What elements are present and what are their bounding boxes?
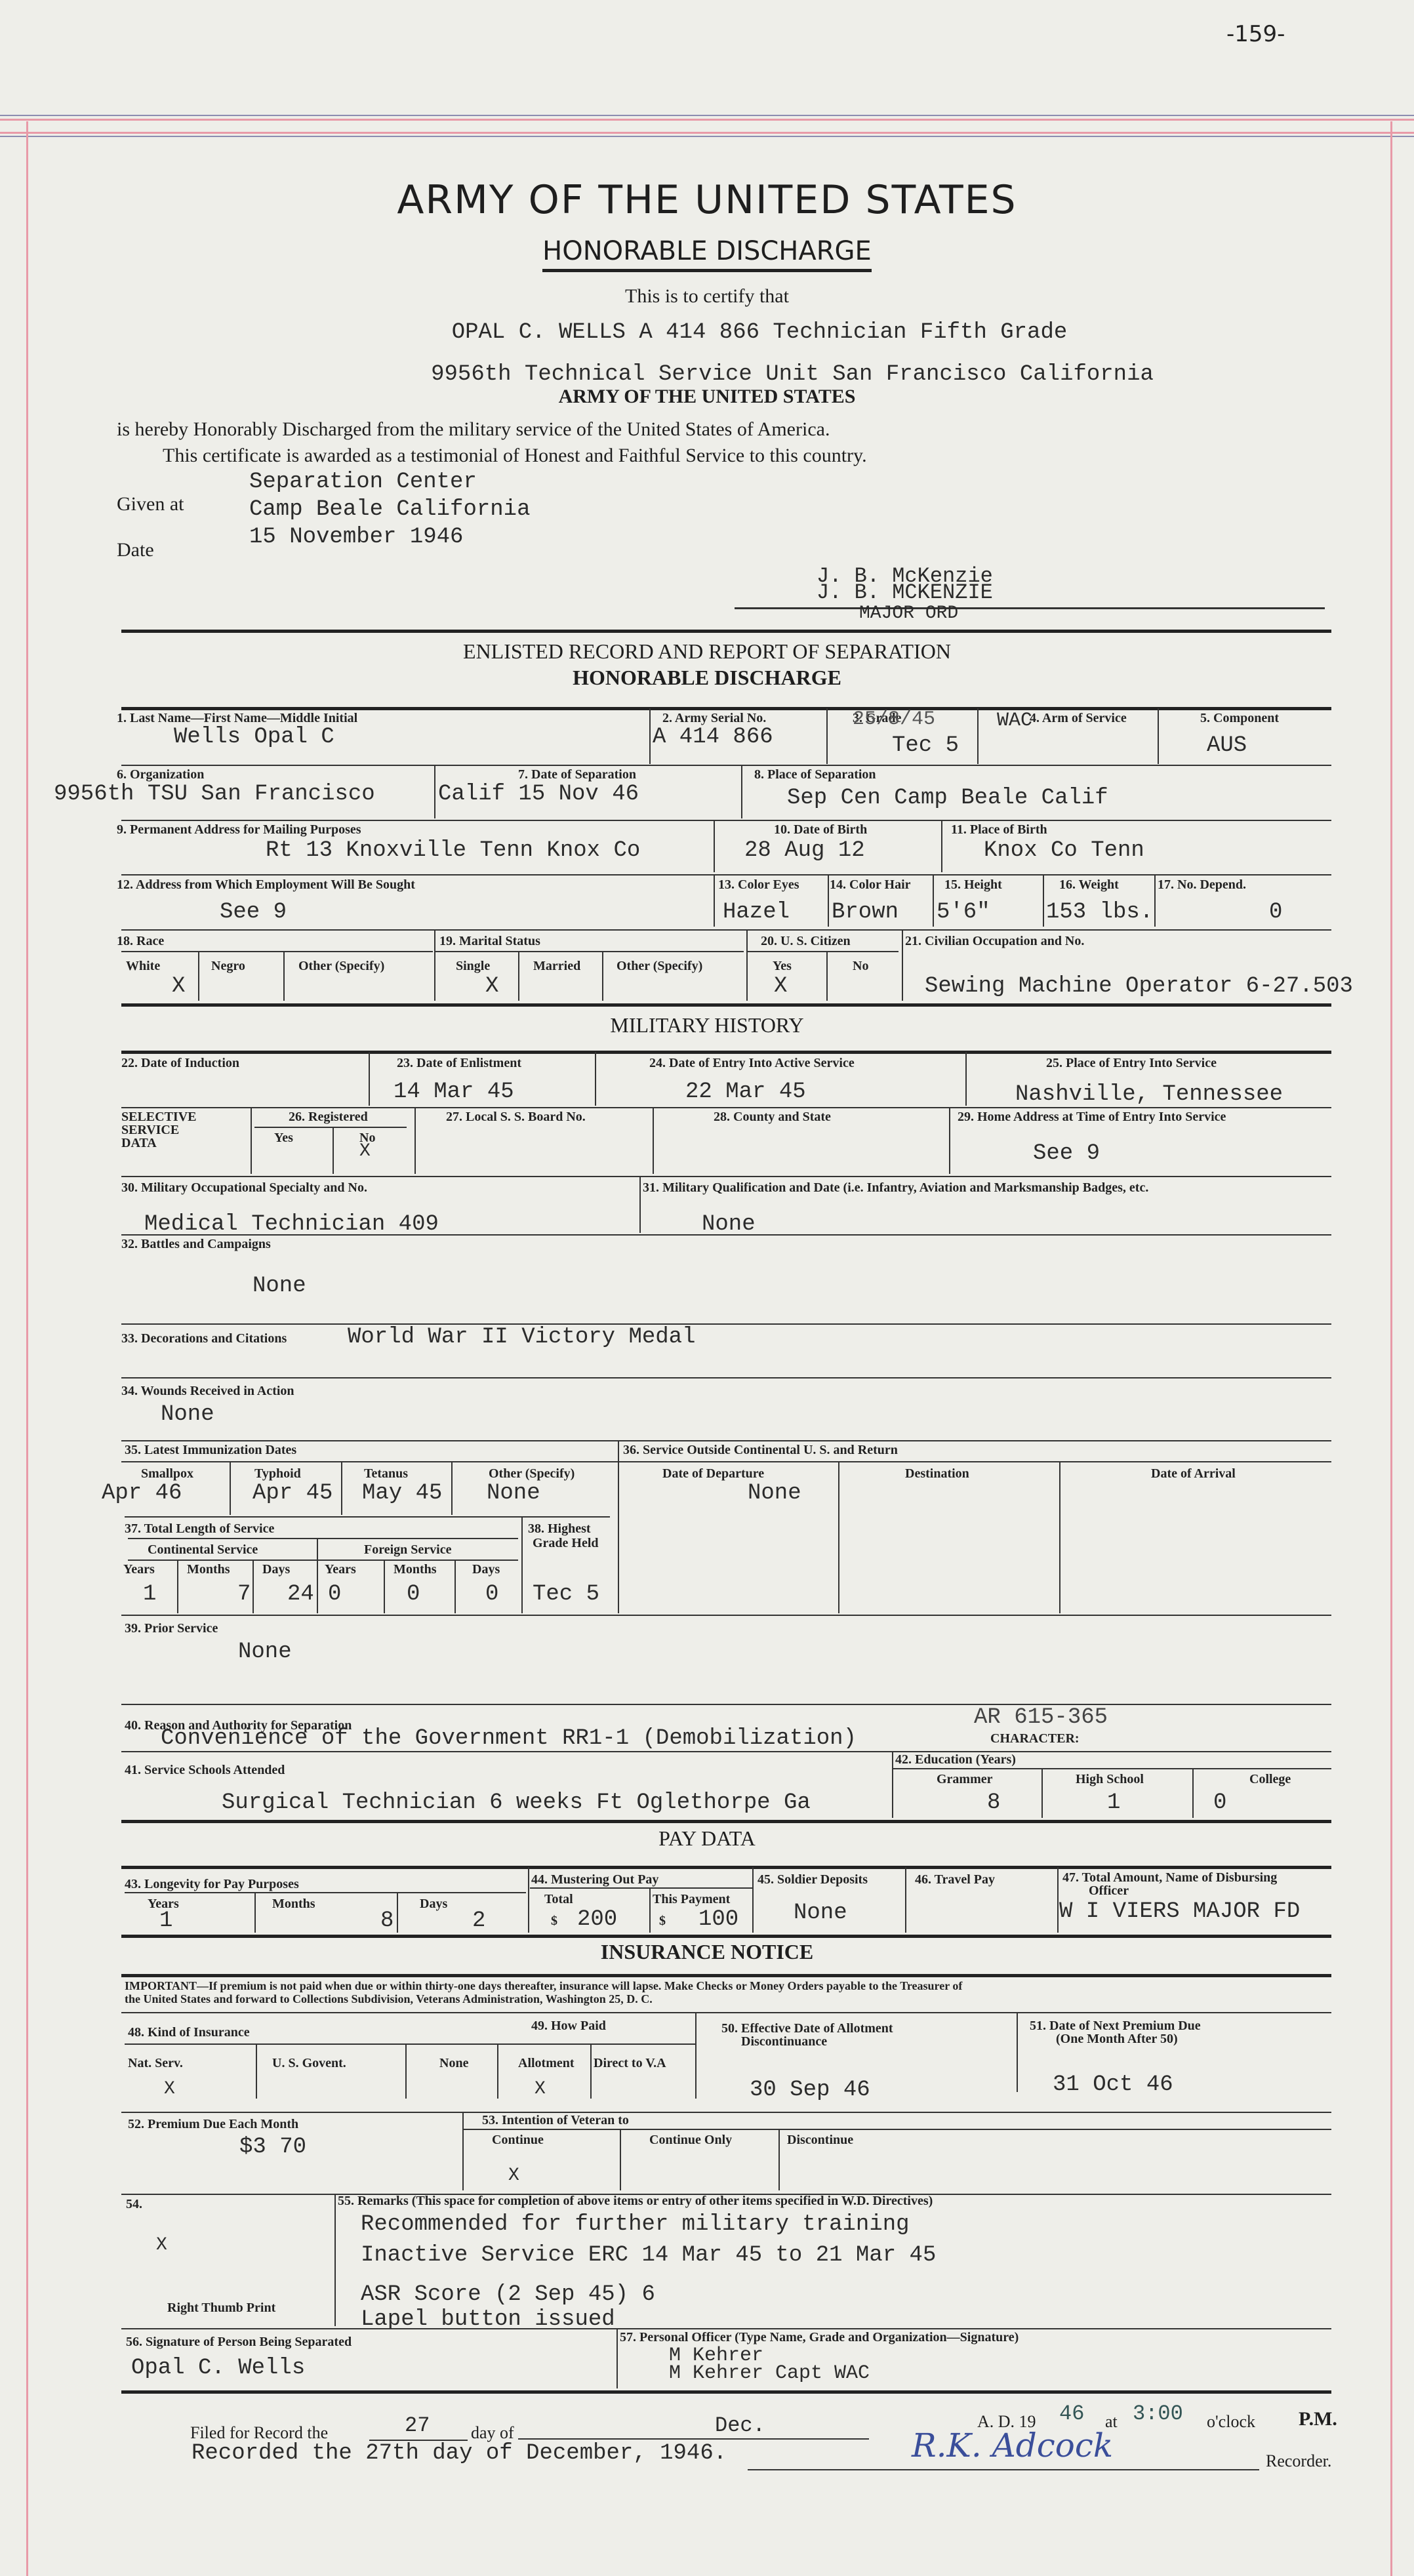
- field-56-signature: Opal C. Wells: [131, 2356, 305, 2381]
- continental-years-label: Years: [123, 1562, 155, 1577]
- divider: [121, 1234, 1331, 1236]
- field-1-name: Wells Opal C: [174, 725, 334, 750]
- ledger-rule: [0, 119, 1414, 121]
- cell-border: [649, 1889, 651, 1933]
- record-subtitle: HONORABLE DISCHARGE: [0, 666, 1414, 690]
- unit-line: 9956th Technical Service Unit San Franci…: [0, 362, 1414, 387]
- divider: [121, 1935, 1331, 1938]
- field-55-label: 55. Remarks (This space for completion o…: [338, 2194, 933, 2209]
- longevity-days-label: Days: [420, 1897, 447, 1912]
- continental-days-value: 24: [287, 1582, 314, 1607]
- oclock-label: o'clock: [1207, 2412, 1255, 2432]
- cell-border: [941, 821, 942, 872]
- given-at-line1: Separation Center: [249, 470, 477, 494]
- field-53-label: 53. Intention of Veteran to: [482, 2113, 629, 2128]
- cell-border: [639, 1177, 641, 1233]
- field-41-schools: Surgical Technician 6 weeks Ft Oglethorp…: [222, 1790, 811, 1815]
- cell-border: [283, 952, 285, 1001]
- field-11-pob: Knox Co Tenn: [984, 838, 1144, 863]
- cell-border: [518, 952, 519, 1001]
- cell-border: [414, 1108, 416, 1174]
- recorder-label: Recorder.: [1266, 2451, 1331, 2471]
- immunization-other-label: Other (Specify): [489, 1466, 575, 1481]
- immunization-smallpox-date: Apr 46: [102, 1481, 182, 1506]
- foreign-months-label: Months: [394, 1562, 437, 1577]
- field-57-label: 57. Personal Officer (Type Name, Grade a…: [620, 2330, 1019, 2345]
- cell-border: [317, 1539, 318, 1613]
- field-18-label: 18. Race: [117, 934, 164, 949]
- field-13-eyes: Hazel: [723, 900, 790, 925]
- field-14-label: 14. Color Hair: [830, 877, 911, 893]
- field-8-place: Sep Cen Camp Beale Calif: [787, 786, 1108, 811]
- foreign-days-label: Days: [472, 1562, 500, 1577]
- thumb-print-label: Right Thumb Print: [167, 2301, 275, 2316]
- field-10-dob: 28 Aug 12: [744, 838, 865, 863]
- departure-date-label: Date of Departure: [662, 1466, 764, 1481]
- field-35-label: 35. Latest Immunization Dates: [125, 1443, 296, 1458]
- field-46-label: 46. Travel Pay: [915, 1872, 995, 1887]
- cell-border: [892, 1752, 893, 1818]
- field-9-address: Rt 13 Knoxville Tenn Knox Co: [266, 838, 640, 863]
- field-2-serial: A 414 866: [653, 725, 773, 750]
- field-7-label: 7. Date of Separation: [518, 767, 636, 782]
- cell-border: [826, 952, 828, 1001]
- field-34-wounds: None: [161, 1402, 214, 1427]
- field-57-officer: M Kehrer Capt WAC: [669, 2362, 870, 2385]
- cell-border: [902, 931, 903, 1001]
- divider: [121, 929, 1331, 931]
- divider: [464, 2129, 1331, 2130]
- cell-border: [616, 2329, 618, 2388]
- field-43-label: 43. Longevity for Pay Purposes: [125, 1877, 299, 1892]
- foreign-days-value: 0: [485, 1582, 498, 1607]
- field-48-label: 48. Kind of Insurance: [128, 2025, 250, 2040]
- cell-border: [714, 875, 715, 927]
- field-44-label: 44. Mustering Out Pay: [531, 1872, 658, 1887]
- field-42-label: 42. Education (Years): [895, 1752, 1016, 1767]
- mustering-payment-label: This Payment: [653, 1892, 730, 1907]
- field-6-label: 6. Organization: [117, 767, 204, 782]
- cell-border: [949, 1108, 950, 1174]
- foreign-years-label: Years: [325, 1562, 356, 1577]
- divider: [121, 874, 1331, 875]
- certify-intro: This is to certify that: [0, 285, 1414, 308]
- cell-border: [1154, 875, 1156, 927]
- field-51-label: (One Month After 50): [1056, 2032, 1178, 2047]
- paid-allotment-checkbox[interactable]: X: [535, 2079, 546, 2099]
- selective-service-label: DATA: [121, 1136, 157, 1151]
- education-grammer-label: Grammer: [937, 1772, 993, 1787]
- field-32-label: 32. Battles and Campaigns: [121, 1237, 271, 1252]
- insurance-natserv-label: Nat. Serv.: [128, 2056, 183, 2071]
- citizen-yes-checkbox[interactable]: X: [774, 974, 787, 999]
- cell-border: [230, 1462, 231, 1515]
- character-label: CHARACTER:: [990, 1731, 1080, 1746]
- marital-married-label: Married: [533, 959, 580, 974]
- immunization-other-value: None: [487, 1481, 540, 1506]
- field-3-date-note: 25/8/45: [853, 708, 935, 731]
- field-23-enlistment: 14 Mar 45: [394, 1079, 514, 1104]
- divider: [125, 1892, 526, 1893]
- cell-border: [251, 1108, 252, 1174]
- cell-border: [905, 1867, 906, 1933]
- recorder-signature: R.K. Adcock: [912, 2426, 1113, 2465]
- divider: [435, 951, 744, 952]
- pay-data-title: PAY DATA: [0, 1826, 1414, 1851]
- divider: [125, 2043, 695, 2045]
- field-10-label: 10. Date of Birth: [774, 822, 867, 837]
- cell-border: [977, 708, 979, 764]
- discharge-text: is hereby Honorably Discharged from the …: [117, 418, 830, 441]
- cell-border: [653, 1108, 654, 1174]
- field-12-label: 12. Address from Which Employment Will B…: [117, 877, 415, 893]
- field-34-label: 34. Wounds Received in Action: [121, 1384, 294, 1399]
- field-9-label: 9. Permanent Address for Mailing Purpose…: [117, 822, 361, 837]
- field-7-date: Calif 15 Nov 46: [438, 782, 639, 807]
- cell-border: [334, 2195, 336, 2326]
- continental-service-label: Continental Service: [148, 1542, 258, 1558]
- race-other-label: Other (Specify): [298, 959, 384, 974]
- field-51-date: 31 Oct 46: [1053, 2072, 1173, 2097]
- cell-border: [778, 2130, 780, 2190]
- filed-year: 46: [1059, 2402, 1084, 2426]
- divider: [128, 1560, 518, 1561]
- page-number: -159-: [1226, 21, 1285, 47]
- field-33-label: 33. Decorations and Citations: [121, 1331, 287, 1346]
- field-8-label: 8. Place of Separation: [754, 767, 876, 782]
- cell-border: [620, 2130, 621, 2190]
- cell-border: [1041, 1769, 1043, 1818]
- divider: [121, 820, 1331, 821]
- mustering-total-value: 200: [577, 1907, 617, 1932]
- citizen-no-label: No: [853, 959, 868, 974]
- cell-border: [256, 2045, 257, 2099]
- commander-title: MAJOR ORD: [859, 603, 958, 624]
- cell-border: [451, 1462, 453, 1515]
- recorded-text: Recorded the 27th day of December, 1946.: [192, 2441, 727, 2466]
- race-white-checkbox[interactable]: X: [172, 974, 185, 999]
- date-label: Date: [117, 539, 154, 561]
- field-24-active-service: 22 Mar 45: [685, 1079, 806, 1104]
- cell-border: [528, 1867, 529, 1933]
- field-17-label: 17. No. Depend.: [1158, 877, 1246, 893]
- divider: [121, 1704, 1331, 1705]
- field-4-label: 4. Arm of Service: [1030, 711, 1127, 726]
- cell-border: [1059, 1462, 1060, 1613]
- field-21-label: 21. Civilian Occupation and No.: [905, 934, 1084, 949]
- intention-continue-label: Continue: [492, 2133, 544, 2148]
- field-45-label: 45. Soldier Deposits: [758, 1872, 868, 1887]
- cell-border: [397, 1893, 398, 1933]
- divider: [121, 1866, 1331, 1869]
- field-5-component: AUS: [1207, 733, 1247, 758]
- divider: [121, 2112, 1331, 2113]
- field-12-address: See 9: [220, 900, 287, 925]
- cell-border: [590, 2045, 592, 2099]
- filed-time: 3:00: [1133, 2402, 1183, 2426]
- field-31-label: 31. Military Qualification and Date (i.e…: [643, 1180, 1148, 1196]
- record-title: ENLISTED RECORD AND REPORT OF SEPARATION: [0, 639, 1414, 664]
- cell-border: [618, 1441, 619, 1613]
- marital-single-label: Single: [456, 959, 490, 974]
- field-40-reason: Convenience of the Government RR1-1 (Dem…: [161, 1726, 857, 1751]
- cell-border: [254, 1893, 256, 1933]
- cell-border: [1043, 875, 1044, 927]
- education-college-value: 0: [1213, 1790, 1226, 1815]
- given-at-line2: Camp Beale California: [249, 497, 530, 522]
- remark-line: ASR Score (2 Sep 45) 6: [361, 2282, 655, 2307]
- filed-ampm: P.M.: [1299, 2408, 1337, 2430]
- field-29-label: 29. Home Address at Time of Entry Into S…: [958, 1110, 1226, 1125]
- field-50-label: Discontinuance: [741, 2034, 827, 2049]
- insurance-none-label: None: [439, 2056, 468, 2071]
- marital-single-checkbox[interactable]: X: [485, 974, 498, 999]
- divider: [121, 707, 1331, 710]
- field-30-mos: Medical Technician 409: [144, 1212, 439, 1237]
- divider: [121, 1974, 1331, 1977]
- cell-border: [1192, 1769, 1194, 1818]
- divider: [121, 1461, 1331, 1462]
- divider: [121, 1377, 1331, 1379]
- testimonial-text: This certificate is awarded as a testimo…: [163, 445, 867, 467]
- divider: [128, 1538, 518, 1539]
- divider: [121, 1107, 1331, 1108]
- divider: [121, 1003, 1331, 1007]
- race-white-label: White: [126, 959, 160, 974]
- divider: [121, 630, 1331, 633]
- field-28-label: 28. County and State: [714, 1110, 831, 1125]
- field-13-label: 13. Color Eyes: [718, 877, 799, 893]
- field-27-label: 27. Local S. S. Board No.: [446, 1110, 586, 1125]
- divider: [121, 2328, 1331, 2329]
- field-26-label: 26. Registered: [289, 1110, 368, 1125]
- field-29-home-address: See 9: [1033, 1141, 1100, 1166]
- field-22-label: 22. Date of Induction: [121, 1056, 239, 1071]
- intention-continue-checkbox[interactable]: X: [508, 2165, 519, 2186]
- cell-border: [695, 2013, 697, 2099]
- divider: [121, 1820, 1331, 1823]
- field-37-label: 37. Total Length of Service: [125, 1521, 274, 1537]
- army-line: ARMY OF THE UNITED STATES: [0, 386, 1414, 408]
- given-at-label: Given at: [117, 493, 184, 515]
- divider: [121, 1615, 1331, 1616]
- cell-border: [838, 1462, 839, 1613]
- registered-no-checkbox[interactable]: X: [359, 1141, 371, 1161]
- field-16-weight: 153 lbs.: [1046, 900, 1153, 925]
- field-33-decorations: World War II Victory Medal: [348, 1325, 696, 1350]
- cell-border: [497, 2045, 498, 2099]
- divider: [121, 1051, 1331, 1054]
- paid-direct-label: Direct to V.A: [594, 2056, 666, 2071]
- education-college-label: College: [1249, 1772, 1291, 1787]
- cell-border: [1158, 708, 1159, 764]
- mustering-payment-value: 100: [698, 1907, 738, 1932]
- field-39-prior-service: None: [238, 1640, 292, 1664]
- field-16-label: 16. Weight: [1059, 877, 1119, 893]
- field-3-grade: Tec 5: [892, 733, 959, 758]
- certificate-title: ARMY OF THE UNITED STATES: [0, 177, 1414, 223]
- field-38-grade: Tec 5: [533, 1582, 599, 1607]
- field-19-label: 19. Marital Status: [439, 934, 540, 949]
- continental-months-value: 7: [237, 1582, 251, 1607]
- immunization-typhoid-label: Typhoid: [254, 1466, 301, 1481]
- continental-days-label: Days: [262, 1562, 290, 1577]
- field-47-officer: W I VIERS MAJOR FD: [1059, 1899, 1300, 1924]
- departure-date-value: None: [748, 1481, 801, 1506]
- filed-day: 27: [405, 2413, 430, 2438]
- currency-symbol: $: [659, 1914, 666, 1929]
- field-15-height: 5'6": [937, 900, 990, 925]
- field-45-deposits: None: [794, 1901, 847, 1925]
- field-14-hair: Brown: [832, 900, 899, 925]
- registered-yes-label: Yes: [274, 1131, 293, 1146]
- important-notice: IMPORTANT—If premium is not paid when du…: [125, 1979, 962, 1993]
- day-of-label: day of: [471, 2423, 514, 2443]
- foreign-months-value: 0: [407, 1582, 420, 1607]
- immunization-tetanus-label: Tetanus: [364, 1466, 408, 1481]
- field-6-org: 9956th TSU San Francisco: [54, 782, 375, 807]
- longevity-years-value: 1: [159, 1908, 172, 1933]
- field-4-arm: WAC: [997, 710, 1032, 732]
- race-negro-label: Negro: [211, 959, 245, 974]
- field-36-label: 36. Service Outside Continental U. S. an…: [623, 1443, 898, 1458]
- cell-border: [933, 875, 934, 927]
- foreign-service-label: Foreign Service: [364, 1542, 451, 1558]
- remark-line: Recommended for further military trainin…: [361, 2212, 910, 2237]
- signature-line: [748, 2469, 1259, 2470]
- field-40-authority: AR 615-365: [974, 1705, 1108, 1730]
- filed-label: Filed for Record the: [190, 2423, 328, 2443]
- marital-other-label: Other (Specify): [616, 959, 702, 974]
- date-value: 15 November 1946: [249, 525, 463, 550]
- field-11-label: 11. Place of Birth: [951, 822, 1047, 837]
- field-50-date: 30 Sep 46: [750, 2078, 870, 2103]
- destination-label: Destination: [905, 1466, 969, 1481]
- insurance-title: INSURANCE NOTICE: [0, 1940, 1414, 1964]
- education-highschool-value: 1: [1107, 1790, 1120, 1815]
- arrival-date-label: Date of Arrival: [1151, 1466, 1236, 1481]
- cell-border: [1017, 2013, 1018, 2092]
- cell-border: [333, 1128, 334, 1174]
- cell-border: [649, 708, 651, 764]
- cell-border: [746, 931, 748, 1001]
- cell-border: [455, 1561, 456, 1613]
- cell-border: [177, 1561, 178, 1613]
- field-20-label: 20. U. S. Citizen: [761, 934, 851, 949]
- field-23-label: 23. Date of Enlistment: [397, 1056, 521, 1071]
- cell-border: [434, 766, 435, 818]
- cell-border: [602, 952, 603, 1001]
- field-56-label: 56. Signature of Person Being Separated: [126, 2335, 352, 2350]
- divider: [121, 2012, 1331, 2013]
- intention-continue-only-label: Continue Only: [649, 2133, 732, 2148]
- intention-discontinue-label: Discontinue: [787, 2133, 853, 2148]
- divider: [893, 1768, 1331, 1769]
- cell-border: [521, 1518, 523, 1613]
- currency-symbol: $: [551, 1914, 557, 1929]
- cell-border: [1057, 1867, 1059, 1933]
- cell-border: [341, 1462, 342, 1515]
- divider: [530, 1887, 753, 1889]
- margin-rule: [1390, 121, 1392, 2576]
- insurance-natserv-checkbox[interactable]: X: [164, 2079, 175, 2099]
- divider: [121, 1440, 1331, 1441]
- divider: [121, 2390, 1331, 2394]
- cell-border: [198, 952, 199, 1001]
- cell-border: [434, 931, 435, 1001]
- field-2-label: 2. Army Serial No.: [662, 711, 766, 726]
- field-47-label: Officer: [1089, 1883, 1129, 1899]
- divider: [254, 1127, 407, 1128]
- citizen-yes-label: Yes: [773, 959, 792, 974]
- cell-border: [826, 708, 828, 764]
- insurance-usgovt-label: U. S. Govent.: [272, 2056, 346, 2071]
- divider: [121, 1323, 1331, 1325]
- divider: [121, 1751, 1331, 1752]
- longevity-months-value: 8: [380, 1908, 394, 1933]
- soldier-name-line: OPAL C. WELLS A 414 866 Technician Fifth…: [0, 320, 1414, 345]
- divider: [121, 765, 1331, 766]
- ledger-rule: [0, 136, 1414, 137]
- filed-month: Dec.: [715, 2413, 765, 2438]
- cell-border: [714, 821, 715, 872]
- cell-border: [828, 875, 829, 927]
- field-32-battles: None: [253, 1274, 306, 1298]
- cell-border: [462, 2113, 464, 2190]
- field-31-qualification: None: [702, 1212, 756, 1237]
- field-17-dependents: 0: [1269, 900, 1282, 925]
- field-25-place-entry: Nashville, Tennessee: [1015, 1082, 1283, 1107]
- education-highschool-label: High School: [1076, 1772, 1144, 1787]
- ledger-rule: [0, 132, 1414, 134]
- longevity-days-value: 2: [472, 1908, 485, 1933]
- thumb-print-mark: X: [156, 2235, 167, 2255]
- commander-typed-name: J. B. MCKENZIE: [817, 580, 993, 605]
- divider: [748, 951, 899, 952]
- immunization-typhoid-date: Apr 45: [253, 1481, 333, 1506]
- field-39-label: 39. Prior Service: [125, 1621, 218, 1636]
- field-52-premium: $3 70: [239, 2135, 306, 2160]
- continental-years-value: 1: [143, 1582, 156, 1607]
- important-notice: the United States and forward to Collect…: [125, 1992, 653, 2006]
- cell-border: [253, 1561, 254, 1613]
- military-history-title: MILITARY HISTORY: [0, 1013, 1414, 1037]
- field-25-label: 25. Place of Entry Into Service: [1046, 1056, 1217, 1071]
- field-5-label: 5. Component: [1200, 711, 1279, 726]
- field-30-label: 30. Military Occupational Specialty and …: [121, 1180, 367, 1196]
- longevity-months-label: Months: [272, 1897, 315, 1912]
- foreign-years-value: 0: [328, 1582, 341, 1607]
- field-54-label: 54.: [126, 2197, 142, 2212]
- immunization-tetanus-date: May 45: [362, 1481, 442, 1506]
- field-38-label: 38. Highest: [528, 1521, 591, 1537]
- field-41-label: 41. Service Schools Attended: [125, 1763, 285, 1778]
- continental-months-label: Months: [187, 1562, 230, 1577]
- cell-border: [965, 1052, 967, 1106]
- field-38-label: Grade Held: [533, 1536, 599, 1551]
- ledger-rule: [0, 115, 1414, 116]
- cell-border: [384, 1561, 385, 1613]
- field-15-label: 15. Height: [944, 877, 1002, 893]
- field-21-occupation: Sewing Machine Operator 6-27.503: [925, 974, 1353, 999]
- cell-border: [369, 1052, 370, 1106]
- field-49-label: 49. How Paid: [531, 2019, 606, 2034]
- cell-border: [405, 2045, 407, 2099]
- mustering-total-label: Total: [544, 1892, 573, 1907]
- field-52-label: 52. Premium Due Each Month: [128, 2117, 298, 2132]
- field-1-label: 1. Last Name—First Name—Middle Initial: [117, 711, 357, 726]
- cell-border: [741, 766, 742, 818]
